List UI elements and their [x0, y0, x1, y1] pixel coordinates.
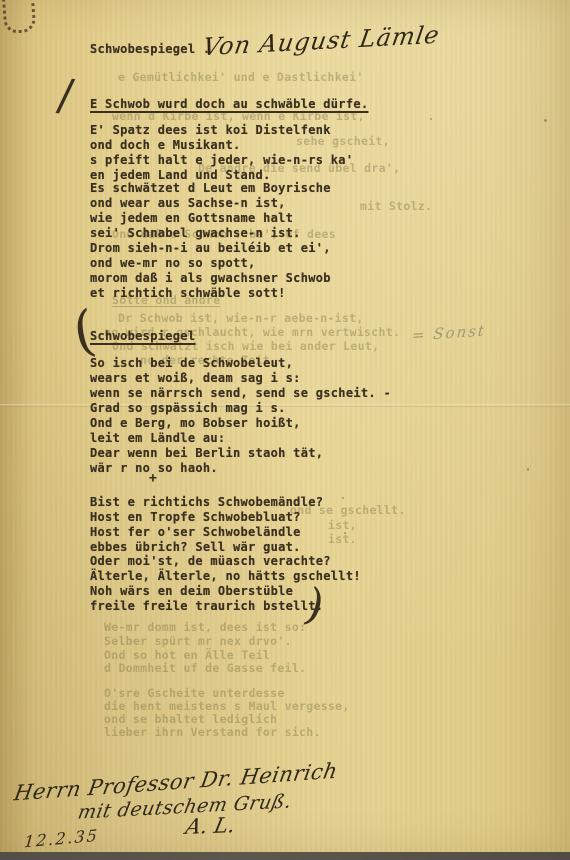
paper-sheet: e Gemütlichkei' und e Dastlichkei' wenn … — [0, 0, 570, 852]
poem-line: leit em Ländle au: — [90, 431, 323, 446]
ghost-line: die hent meistens s Maul vergesse, — [104, 699, 350, 713]
plus-divider: + — [149, 471, 157, 486]
stanza-6: Bist e richtichs Schwobemändle? Host en … — [90, 495, 323, 555]
poem-line: ond we-mr no so spott, — [90, 256, 331, 271]
paper-speck — [342, 497, 344, 499]
poem-line: Host en Tropfe Schwobebluat? — [90, 510, 323, 525]
stanza-5: Ond e Berg, mo Bobser hoißt, leit em Län… — [90, 416, 323, 476]
poem-line: Bist e richtichs Schwobemändle? — [90, 495, 323, 510]
paper-speck — [527, 468, 529, 471]
poem-line: Drom sieh-n-i au beiléib et ei', — [90, 241, 331, 256]
poem-line: Host fer o'ser Schwobeländle — [90, 525, 323, 540]
dedication-initials: A. L. — [183, 813, 237, 839]
poem-line: sei' Schnabel gwachse-n ist. — [90, 226, 331, 241]
ghost-line: lieber ihrn Verstand for sich. — [104, 725, 321, 739]
poem-line: So isch bei de Schwobeleut, — [90, 356, 391, 371]
stanza-2: Es schwätzet d Leut em Boyrische ond wea… — [90, 181, 331, 241]
poem-line: wie jedem en Gottsname halt — [90, 211, 331, 226]
typed-title: Schwobespiegel . — [90, 42, 210, 56]
pencil-annotation: = Sonst — [411, 321, 487, 344]
handwritten-slash-mark: / — [55, 73, 76, 119]
poem2-heading: Schwobespiegel — [90, 329, 195, 343]
ghost-line: Ond so hot en Älle Teil — [104, 648, 270, 662]
poem-line: Oder moi'st, de müasch verachte? — [90, 554, 361, 569]
ghost-line: ond se bhaltet lediglich — [104, 712, 277, 726]
ghost-line: wenn d Kirbe ist, wenn e Kirbe ist, — [112, 109, 365, 123]
ghost-line: d Dommheit uf de Gasse feil. — [104, 661, 306, 675]
ghost-line: Selber spürt mr nex drvo'. — [104, 634, 292, 648]
ghost-line: mit Stolz. — [360, 199, 432, 213]
paper-speck — [430, 118, 432, 120]
poem-line: et richtich schwäble sott! — [90, 286, 331, 301]
poem-line: Es schwätzet d Leut em Boyrische — [90, 181, 331, 196]
poem-line: Dear wenn bei Berlin staoh tät, — [90, 446, 323, 461]
poem-line: wenn se närrsch send, send se gscheit. - — [90, 386, 391, 401]
poem-line: Ond e Berg, mo Bobser hoißt, — [90, 416, 323, 431]
poem-line: morom daß i als gwachsner Schwob — [90, 271, 331, 286]
ghost-line: ist. — [328, 532, 357, 546]
poem-line: ebbes übrich? Sell wär guat. — [90, 540, 323, 555]
poem-line: wär r no so haoh. — [90, 461, 323, 476]
stanza-4: So isch bei de Schwobeleut, wears et woi… — [90, 356, 391, 416]
poem-line: E' Spatz dees ist koi Distelfenk — [90, 123, 353, 138]
ghost-line: ist, — [328, 518, 357, 532]
ghost-line: e Gemütlichkei' und e Dastlichkei' — [118, 70, 364, 84]
paper-speck — [544, 119, 547, 122]
scan-bottom-edge — [0, 852, 570, 860]
poem-line: wears et woiß, deam sag i s: — [90, 371, 391, 386]
byline-handwriting: Von August Lämle — [201, 21, 442, 62]
poem-line: ond doch e Musikant. — [90, 138, 353, 153]
stanza-1: E' Spatz dees ist koi Distelfenk ond doc… — [90, 123, 353, 183]
stanza-3: Drom sieh-n-i au beiléib et ei', ond we-… — [90, 241, 331, 301]
date-note: 12.2.35 — [23, 826, 99, 852]
ghost-line: Dr Schwob ist, wie-n-r aebe-n-ist, — [118, 311, 364, 325]
ghost-line: O'sre Gscheite unterdesse — [104, 686, 285, 700]
poem-line: Grad so gspässich mag i s. — [90, 401, 391, 416]
staple-perforation-mark — [2, 0, 37, 34]
ghost-line: We-mr domm ist, dees ist so: — [104, 620, 306, 634]
poem-line: ond wear aus Sachse-n ist, — [90, 196, 331, 211]
poem1-heading: E Schwob wurd doch au schwäble dürfe. — [90, 97, 368, 111]
poem-line: s pfeift halt e jeder, wie-n-rs ka' — [90, 153, 353, 168]
